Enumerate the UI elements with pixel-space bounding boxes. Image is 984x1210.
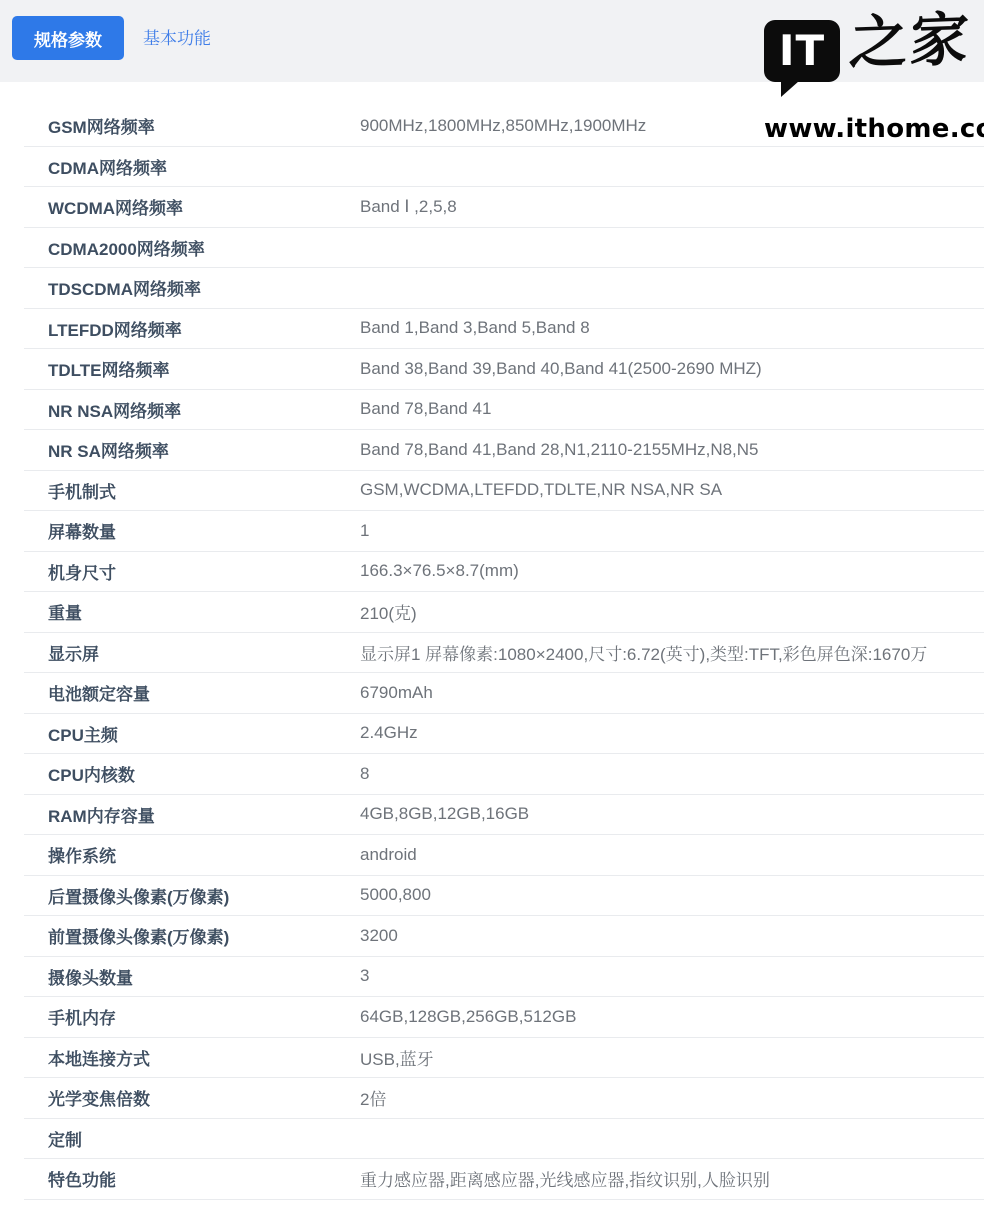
ithome-logo: IT 之家 www.ithome.com [764,6,970,144]
spec-row: CPU主频2.4GHz [24,714,984,755]
spec-label: CPU内核数 [24,761,360,786]
it-speech-bubble-icon: IT [764,20,840,82]
spec-row: 手机制式GSM,WCDMA,LTEFDD,TDLTE,NR NSA,NR SA [24,471,984,512]
spec-label: CPU主频 [24,721,360,746]
spec-row: WCDMA网络频率Band Ⅰ ,2,5,8 [24,187,984,228]
spec-row: 光学变焦倍数2倍 [24,1078,984,1119]
spec-row: CPU内核数8 [24,754,984,795]
spec-table: GSM网络频率900MHz,1800MHz,850MHz,1900MHzCDMA… [24,106,984,1200]
spec-value: android [360,845,984,865]
spec-label: 定制 [24,1126,360,1151]
spec-label: 屏幕数量 [24,518,360,543]
spec-label: GSM网络频率 [24,113,360,138]
spec-value: 显示屏1 屏幕像素:1080×2400,尺寸:6.72(英寸),类型:TFT,彩… [360,640,984,665]
spec-value: 3200 [360,926,984,946]
spec-label: 显示屏 [24,640,360,665]
spec-label: 摄像头数量 [24,964,360,989]
spec-value: Band 38,Band 39,Band 40,Band 41(2500-269… [360,359,984,379]
spec-value: Band 78,Band 41 [360,399,984,419]
spec-value: 2.4GHz [360,723,984,743]
spec-row: 电池额定容量6790mAh [24,673,984,714]
spec-row: 机身尺寸166.3×76.5×8.7(mm) [24,552,984,593]
spec-value: GSM,WCDMA,LTEFDD,TDLTE,NR NSA,NR SA [360,480,984,500]
zhijia-calligraphy-text: 之家 [848,8,973,76]
spec-row: 特色功能重力感应器,距离感应器,光线感应器,指纹识别,人脸识别 [24,1159,984,1200]
spec-row: 本地连接方式USB,蓝牙 [24,1038,984,1079]
spec-row: TDLTE网络频率Band 38,Band 39,Band 40,Band 41… [24,349,984,390]
ithome-logo-mark: IT 之家 [764,6,970,106]
spec-value: 3 [360,966,984,986]
spec-value: 64GB,128GB,256GB,512GB [360,1007,984,1027]
spec-label: 机身尺寸 [24,559,360,584]
spec-label: 前置摄像头像素(万像素) [24,923,360,948]
spec-label: 重量 [24,599,360,624]
spec-label: 特色功能 [24,1166,360,1191]
spec-row: NR SA网络频率Band 78,Band 41,Band 28,N1,2110… [24,430,984,471]
spec-label: 电池额定容量 [24,680,360,705]
spec-value: 1 [360,521,984,541]
spec-row: 屏幕数量1 [24,511,984,552]
spec-row: LTEFDD网络频率Band 1,Band 3,Band 5,Band 8 [24,309,984,350]
spec-row: 后置摄像头像素(万像素)5000,800 [24,876,984,917]
spec-row: NR NSA网络频率Band 78,Band 41 [24,390,984,431]
spec-label: 本地连接方式 [24,1045,360,1070]
spec-value: 210(克) [360,599,984,624]
spec-label: TDSCDMA网络频率 [24,275,360,300]
it-logo-text: IT [779,30,825,72]
spec-row: 重量210(克) [24,592,984,633]
spec-label: TDLTE网络频率 [24,356,360,381]
tab-spec-params[interactable]: 规格参数 [12,16,124,60]
spec-label: WCDMA网络频率 [24,194,360,219]
spec-row: RAM内存容量4GB,8GB,12GB,16GB [24,795,984,836]
spec-value: 6790mAh [360,683,984,703]
spec-label: RAM内存容量 [24,802,360,827]
spec-row: CDMA2000网络频率 [24,228,984,269]
spec-row: 操作系统android [24,835,984,876]
spec-value: 重力感应器,距离感应器,光线感应器,指纹识别,人脸识别 [360,1166,984,1191]
spec-label: CDMA2000网络频率 [24,235,360,260]
spec-row: 前置摄像头像素(万像素)3200 [24,916,984,957]
spec-label: LTEFDD网络频率 [24,316,360,341]
spec-value: 8 [360,764,984,784]
ithome-url-text: www.ithome.com [764,114,970,144]
spec-label: NR NSA网络频率 [24,397,360,422]
spec-label: 光学变焦倍数 [24,1085,360,1110]
spec-value: USB,蓝牙 [360,1045,984,1070]
spec-label: 后置摄像头像素(万像素) [24,883,360,908]
spec-value: Band 1,Band 3,Band 5,Band 8 [360,318,984,338]
spec-label: CDMA网络频率 [24,154,360,179]
spec-row: 显示屏显示屏1 屏幕像素:1080×2400,尺寸:6.72(英寸),类型:TF… [24,633,984,674]
spec-value: 2倍 [360,1085,984,1110]
speech-bubble-tail [781,81,799,97]
spec-row: 摄像头数量3 [24,957,984,998]
spec-value: Band 78,Band 41,Band 28,N1,2110-2155MHz,… [360,440,984,460]
spec-label: 手机制式 [24,478,360,503]
spec-value: 166.3×76.5×8.7(mm) [360,561,984,581]
spec-value: 4GB,8GB,12GB,16GB [360,804,984,824]
tab-basic-functions[interactable]: 基本功能 [143,0,211,82]
spec-row: CDMA网络频率 [24,147,984,188]
spec-label: NR SA网络频率 [24,437,360,462]
spec-label: 手机内存 [24,1004,360,1029]
spec-value: Band Ⅰ ,2,5,8 [360,197,984,217]
spec-row: TDSCDMA网络频率 [24,268,984,309]
spec-value: 5000,800 [360,885,984,905]
spec-label: 操作系统 [24,842,360,867]
spec-row: 手机内存64GB,128GB,256GB,512GB [24,997,984,1038]
spec-row: 定制 [24,1119,984,1160]
